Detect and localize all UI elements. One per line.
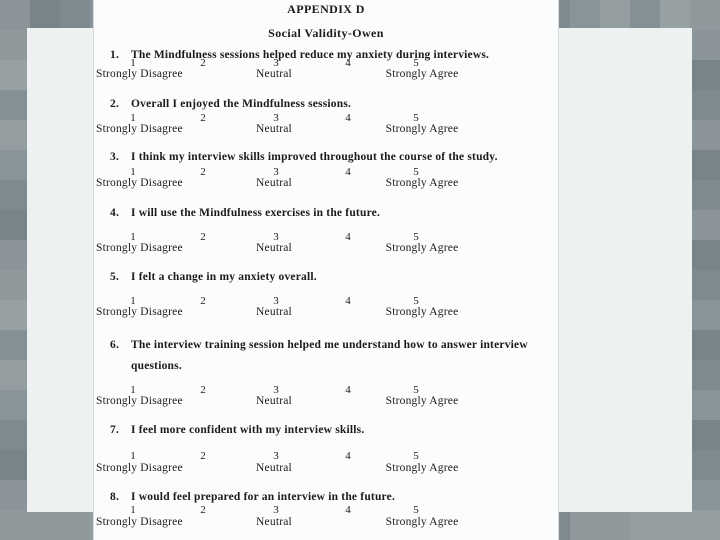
likert-label: Strongly Agree [386, 516, 459, 528]
question-number: 6. [110, 335, 131, 356]
question-text: I would feel prepared for an interview i… [131, 491, 395, 503]
mosaic-tile [0, 420, 30, 450]
question-number: 4. [110, 203, 131, 224]
mosaic-tile [0, 0, 30, 30]
mosaic-tile [600, 510, 630, 540]
likert-label: Neutral [256, 242, 292, 254]
likert-label: Neutral [256, 516, 292, 528]
likert-scale-labels: Strongly DisagreeNeutralStrongly Agree [96, 516, 554, 530]
question-number: 5. [110, 267, 131, 288]
likert-label: Strongly Disagree [96, 395, 183, 407]
likert-label: Strongly Disagree [96, 516, 183, 528]
mosaic-tile [630, 510, 660, 540]
questions-list: 1.The Mindfulness sessions helped reduce… [94, 0, 558, 540]
likert-label: Neutral [256, 177, 292, 189]
likert-scale-labels: Strongly DisagreeNeutralStrongly Agree [96, 123, 554, 137]
mosaic-tile [690, 180, 720, 210]
mosaic-tile [0, 90, 30, 120]
likert-label: Strongly Agree [386, 462, 459, 474]
likert-number-1: 1 [130, 504, 136, 516]
mosaic-tile [0, 390, 30, 420]
question-text-line: questions. [131, 356, 528, 377]
mosaic-tile [690, 210, 720, 240]
mosaic-tile [690, 30, 720, 60]
document-page: APPENDIX D Social Validity-Owen 1.The Mi… [93, 0, 559, 540]
question-text: I think my interview skills improved thr… [131, 151, 498, 163]
question-text: I felt a change in my anxiety overall. [131, 271, 317, 283]
mosaic-tile [60, 0, 90, 30]
likert-label: Strongly Disagree [96, 68, 183, 80]
likert-label: Strongly Agree [386, 68, 459, 80]
question-text: Overall I enjoyed the Mindfulness sessio… [131, 98, 351, 110]
mosaic-tile [690, 360, 720, 390]
likert-label: Strongly Disagree [96, 462, 183, 474]
likert-label: Strongly Disagree [96, 306, 183, 318]
mosaic-tile [660, 0, 690, 30]
likert-label: Neutral [256, 306, 292, 318]
question-text-line: 4.I will use the Mindfulness exercises i… [110, 203, 380, 224]
question-item-6: 6.The interview training session helped … [110, 335, 528, 377]
mosaic-tile [60, 510, 90, 540]
likert-number-5: 5 [413, 504, 419, 516]
likert-label: Strongly Agree [386, 123, 459, 135]
likert-scale-labels: Strongly DisagreeNeutralStrongly Agree [96, 395, 554, 409]
mosaic-tile [570, 0, 600, 30]
mosaic-tile [690, 60, 720, 90]
mosaic-tile [0, 180, 30, 210]
likert-scale-labels: Strongly DisagreeNeutralStrongly Agree [96, 306, 554, 320]
mosaic-tile [600, 0, 630, 30]
likert-number-2: 2 [200, 450, 206, 462]
likert-number-5: 5 [413, 450, 419, 462]
likert-label: Strongly Agree [386, 306, 459, 318]
mosaic-tile [690, 240, 720, 270]
mosaic-tile [690, 120, 720, 150]
mosaic-tile [630, 0, 660, 30]
mosaic-tile [690, 510, 720, 540]
question-text-line: 6.The interview training session helped … [110, 335, 528, 356]
mosaic-tile [690, 150, 720, 180]
likert-label: Strongly Disagree [96, 242, 183, 254]
likert-scale-labels: Strongly DisagreeNeutralStrongly Agree [96, 462, 554, 476]
likert-label: Strongly Agree [386, 395, 459, 407]
mosaic-tile [0, 300, 30, 330]
likert-label: Neutral [256, 123, 292, 135]
mosaic-tile [690, 450, 720, 480]
likert-label: Strongly Disagree [96, 123, 183, 135]
mosaic-tile [0, 510, 30, 540]
question-text: The interview training session helped me… [131, 339, 528, 351]
mosaic-tile [0, 150, 30, 180]
mosaic-tile [0, 450, 30, 480]
mosaic-tile [0, 210, 30, 240]
likert-scale-labels: Strongly DisagreeNeutralStrongly Agree [96, 177, 554, 191]
likert-number-1: 1 [130, 450, 136, 462]
mosaic-tile [30, 0, 60, 30]
mosaic-tile [0, 360, 30, 390]
question-text: questions. [131, 360, 182, 372]
mosaic-tile [0, 330, 30, 360]
likert-label: Neutral [256, 68, 292, 80]
mosaic-tile [690, 270, 720, 300]
likert-scale-labels: Strongly DisagreeNeutralStrongly Agree [96, 242, 554, 256]
likert-number-3: 3 [273, 450, 279, 462]
question-item-7: 7.I feel more confident with my intervie… [110, 420, 364, 441]
question-item-4: 4.I will use the Mindfulness exercises i… [110, 203, 380, 224]
mosaic-tile [570, 510, 600, 540]
likert-label: Neutral [256, 462, 292, 474]
question-text: I will use the Mindfulness exercises in … [131, 207, 380, 219]
question-text-line: 7.I feel more confident with my intervie… [110, 420, 364, 441]
likert-number-2: 2 [200, 504, 206, 516]
mosaic-tile [660, 510, 690, 540]
mosaic-tile [690, 0, 720, 30]
slide-background: APPENDIX D Social Validity-Owen 1.The Mi… [0, 0, 720, 540]
likert-scale-labels: Strongly DisagreeNeutralStrongly Agree [96, 68, 554, 82]
mosaic-tile [0, 30, 30, 60]
mosaic-tile [0, 270, 30, 300]
question-text-line: 5.I felt a change in my anxiety overall. [110, 267, 317, 288]
mosaic-tile [690, 330, 720, 360]
likert-label: Strongly Agree [386, 242, 459, 254]
likert-label: Strongly Agree [386, 177, 459, 189]
mosaic-tile [690, 420, 720, 450]
likert-label: Neutral [256, 395, 292, 407]
likert-number-4: 4 [345, 450, 351, 462]
likert-number-4: 4 [345, 504, 351, 516]
mosaic-tile [0, 120, 30, 150]
question-item-3: 3.I think my interview skills improved t… [110, 147, 498, 168]
mosaic-tile [690, 90, 720, 120]
question-item-5: 5.I felt a change in my anxiety overall. [110, 267, 317, 288]
mosaic-tile [690, 480, 720, 510]
mosaic-tile [0, 240, 30, 270]
question-text: I feel more confident with my interview … [131, 424, 364, 436]
likert-number-3: 3 [273, 504, 279, 516]
question-text-line: 3.I think my interview skills improved t… [110, 147, 498, 168]
likert-label: Strongly Disagree [96, 177, 183, 189]
question-number: 7. [110, 420, 131, 441]
mosaic-tile [0, 480, 30, 510]
mosaic-tile [0, 60, 30, 90]
question-number: 3. [110, 147, 131, 168]
mosaic-tile [690, 390, 720, 420]
mosaic-tile [690, 300, 720, 330]
mosaic-tile [30, 510, 60, 540]
